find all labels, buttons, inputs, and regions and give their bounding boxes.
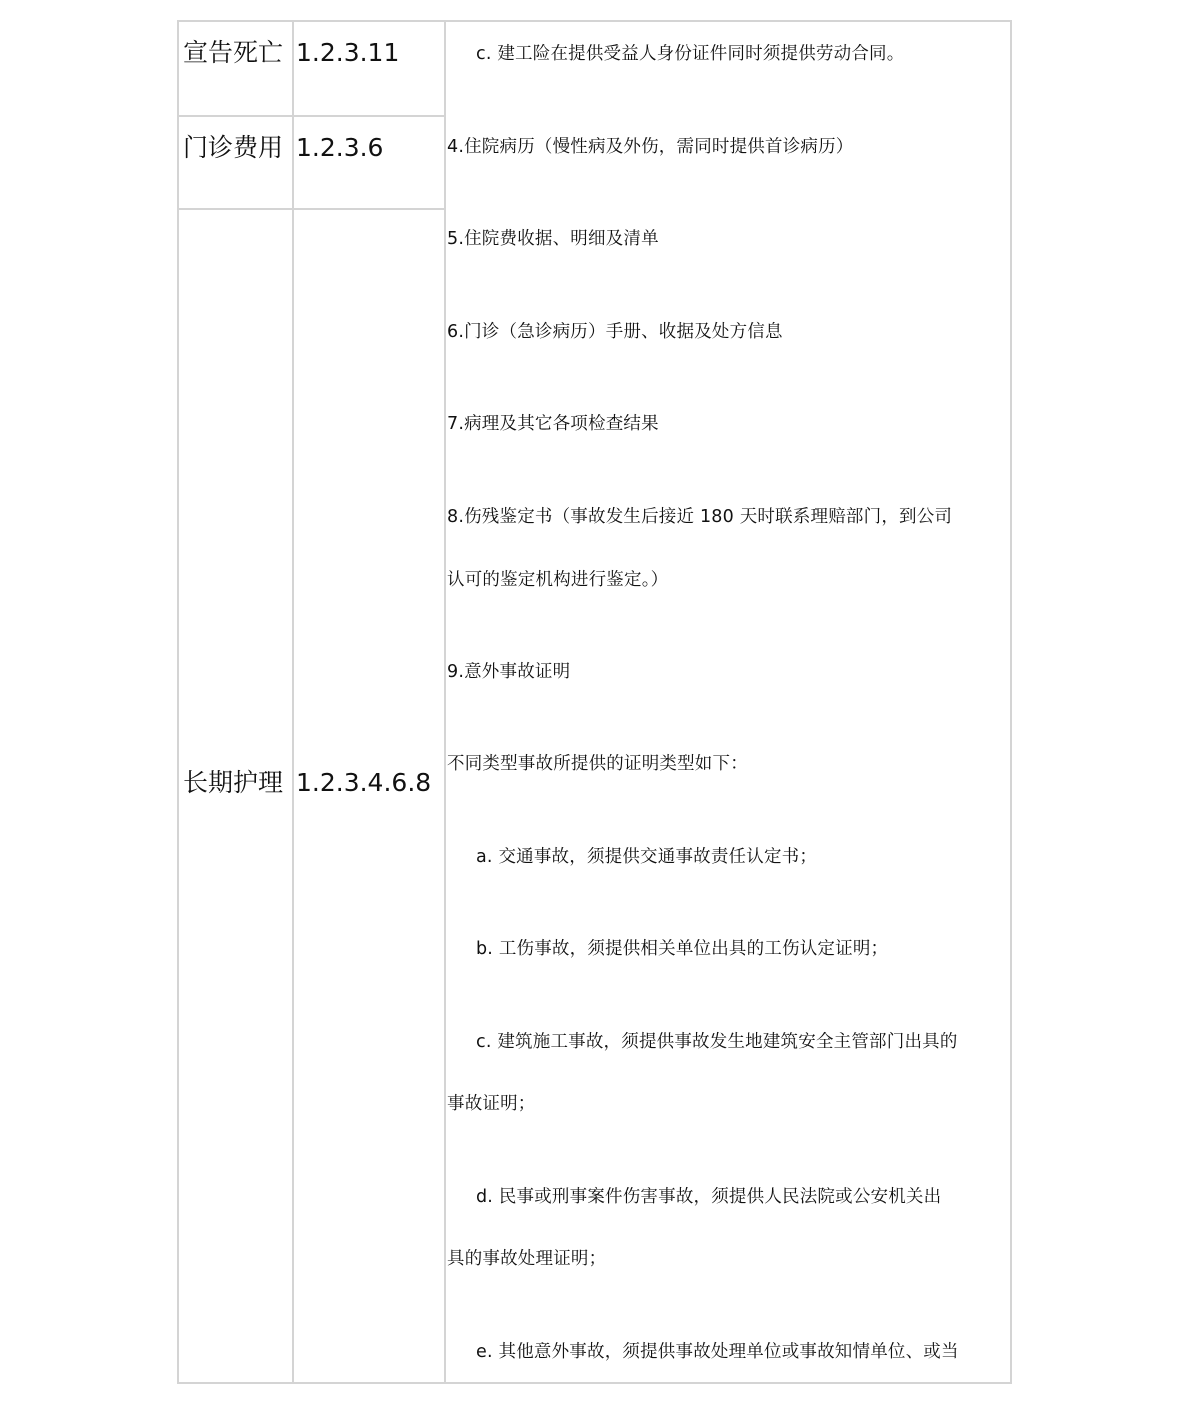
material-item: 事故证明； bbox=[447, 1093, 536, 1115]
material-item: 4.住院病历（慢性病及外伤，需同时提供首诊病历） bbox=[447, 136, 854, 158]
material-item: 具的事故处理证明； bbox=[447, 1248, 606, 1270]
claims-table: 宣告死亡 1.2.3.11 门诊费用 1.2.3.6 长期护理 1.2.3.4.… bbox=[177, 20, 1012, 1384]
material-item: d. 民事或刑事案件伤害事故，须提供人民法院或公安机关出 bbox=[476, 1186, 941, 1208]
row-divider-2 bbox=[177, 208, 446, 210]
required-items-cell: 1.2.3.4.6.8 bbox=[296, 768, 431, 798]
required-items-cell: 1.2.3.11 bbox=[296, 38, 399, 68]
material-item: a. 交通事故，须提供交通事故责任认定书； bbox=[476, 846, 817, 868]
material-item: 不同类型事故所提供的证明类型如下： bbox=[447, 753, 748, 775]
table-border-left bbox=[177, 20, 179, 1384]
claim-type-cell: 门诊费用 bbox=[183, 133, 283, 163]
column-divider-1 bbox=[292, 20, 294, 1384]
claim-type-cell: 长期护理 bbox=[183, 768, 283, 798]
table-border-right bbox=[1010, 20, 1012, 1384]
material-item: e. 其他意外事故，须提供事故处理单位或事故知情单位、或当 bbox=[476, 1341, 959, 1363]
required-items-cell: 1.2.3.6 bbox=[296, 133, 383, 163]
material-item: 7.病理及其它各项检查结果 bbox=[447, 413, 659, 435]
row-divider-1 bbox=[177, 115, 446, 117]
column-divider-2 bbox=[444, 20, 446, 1384]
table-border-bottom bbox=[177, 1382, 1012, 1384]
material-item: 9.意外事故证明 bbox=[447, 661, 570, 683]
claim-type-cell: 宣告死亡 bbox=[183, 38, 283, 68]
table-border-top bbox=[177, 20, 1012, 22]
material-item: 6.门诊（急诊病历）手册、收据及处方信息 bbox=[447, 321, 783, 343]
material-item: 认可的鉴定机构进行鉴定。） bbox=[447, 569, 668, 591]
material-item: b. 工伤事故，须提供相关单位出具的工伤认定证明； bbox=[476, 938, 888, 960]
material-item: c. 建筑施工事故，须提供事故发生地建筑安全主管部门出具的 bbox=[476, 1031, 958, 1053]
material-item: 5.住院费收据、明细及清单 bbox=[447, 228, 659, 250]
material-item: c. 建工险在提供受益人身份证件同时须提供劳动合同。 bbox=[476, 43, 904, 65]
material-item: 8.伤残鉴定书（事故发生后接近 180 天时联系理赔部门，到公司 bbox=[447, 506, 952, 528]
